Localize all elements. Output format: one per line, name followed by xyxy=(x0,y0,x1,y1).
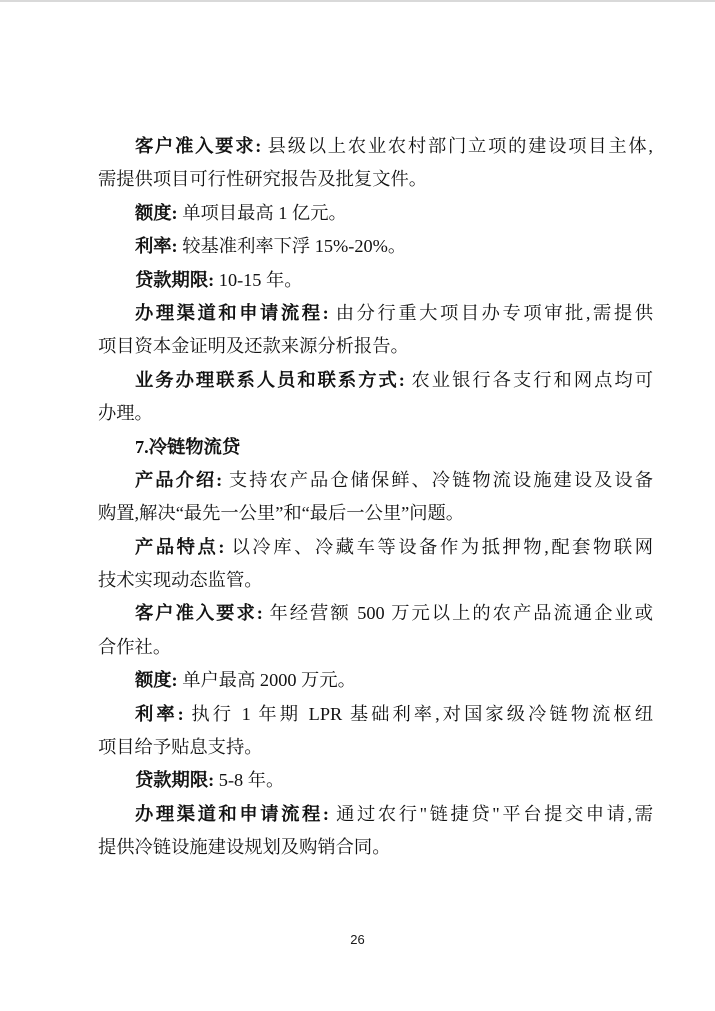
text-line: 提供冷链设施建设规划及购销合同。 xyxy=(98,831,653,864)
text-line: 办理渠道和申请流程: 由分行重大项目办专项审批,需提供 xyxy=(98,297,653,330)
label-text: 额度: xyxy=(135,203,182,223)
document-body: 客户准入要求: 县级以上农业农村部门立项的建设项目主体,需提供项目可行性研究报告… xyxy=(98,130,653,865)
body-text: 项目给予贴息支持。 xyxy=(98,737,263,757)
label-text: 7.冷链物流贷 xyxy=(135,437,240,457)
body-text: 通过农行"链捷贷"平台提交申请,需 xyxy=(336,804,653,824)
body-text: 需提供项目可行性研究报告及批复文件。 xyxy=(98,169,427,189)
text-line: 贷款期限: 5-8 年。 xyxy=(98,764,653,797)
body-text: 购置,解决“最先一公里”和“最后一公里”问题。 xyxy=(98,503,464,523)
label-text: 利率: xyxy=(135,704,191,724)
body-text: 年经营额 500 万元以上的农产品流通企业或 xyxy=(269,603,653,623)
body-text: 5-8 年。 xyxy=(219,770,285,790)
text-line: 客户准入要求: 年经营额 500 万元以上的农产品流通企业或 xyxy=(98,597,653,630)
label-text: 产品特点: xyxy=(135,537,232,557)
label-text: 利率: xyxy=(135,236,182,256)
text-line: 技术实现动态监管。 xyxy=(98,564,653,597)
page-top-edge xyxy=(0,0,715,2)
text-line: 额度: 单户最高 2000 万元。 xyxy=(98,664,653,697)
section-heading: 7.冷链物流贷 xyxy=(98,431,653,464)
text-line: 合作社。 xyxy=(98,631,653,664)
body-text: 项目资本金证明及还款来源分析报告。 xyxy=(98,336,409,356)
body-text: 办理。 xyxy=(98,403,153,423)
text-line: 项目资本金证明及还款来源分析报告。 xyxy=(98,330,653,363)
body-text: 支持农产品仓储保鲜、冷链物流设施建设及设备 xyxy=(229,470,653,490)
label-text: 客户准入要求: xyxy=(135,136,268,156)
body-text: 单户最高 2000 万元。 xyxy=(182,670,356,690)
body-text: 10-15 年。 xyxy=(219,270,303,290)
text-line: 客户准入要求: 县级以上农业农村部门立项的建设项目主体, xyxy=(98,130,653,163)
text-line: 需提供项目可行性研究报告及批复文件。 xyxy=(98,163,653,196)
body-text: 以冷库、冷藏车等设备作为抵押物,配套物联网 xyxy=(232,537,653,557)
label-text: 业务办理联系人员和联系方式: xyxy=(135,370,411,390)
body-text: 执行 1 年期 LPR 基础利率,对国家级冷链物流枢纽 xyxy=(191,704,653,724)
label-text: 产品介绍: xyxy=(135,470,229,490)
text-line: 利率: 较基准利率下浮 15%-20%。 xyxy=(98,230,653,263)
label-text: 办理渠道和申请流程: xyxy=(135,303,336,323)
body-text: 县级以上农业农村部门立项的建设项目主体, xyxy=(268,136,653,156)
body-text: 农业银行各支行和网点均可 xyxy=(411,370,653,390)
text-line: 购置,解决“最先一公里”和“最后一公里”问题。 xyxy=(98,497,653,530)
text-line: 产品介绍: 支持农产品仓储保鲜、冷链物流设施建设及设备 xyxy=(98,464,653,497)
body-text: 技术实现动态监管。 xyxy=(98,570,263,590)
text-line: 利率: 执行 1 年期 LPR 基础利率,对国家级冷链物流枢纽 xyxy=(98,698,653,731)
label-text: 额度: xyxy=(135,670,182,690)
label-text: 贷款期限: xyxy=(135,270,219,290)
document-page: 客户准入要求: 县级以上农业农村部门立项的建设项目主体,需提供项目可行性研究报告… xyxy=(0,0,715,1011)
text-line: 项目给予贴息支持。 xyxy=(98,731,653,764)
text-line: 业务办理联系人员和联系方式: 农业银行各支行和网点均可 xyxy=(98,364,653,397)
text-line: 办理渠道和申请流程: 通过农行"链捷贷"平台提交申请,需 xyxy=(98,798,653,831)
label-text: 客户准入要求: xyxy=(135,603,269,623)
text-line: 产品特点: 以冷库、冷藏车等设备作为抵押物,配套物联网 xyxy=(98,531,653,564)
text-line: 办理。 xyxy=(98,397,653,430)
page-number: 26 xyxy=(0,931,715,949)
body-text: 提供冷链设施建设规划及购销合同。 xyxy=(98,837,391,857)
text-line: 额度: 单项目最高 1 亿元。 xyxy=(98,197,653,230)
body-text: 较基准利率下浮 15%-20%。 xyxy=(182,236,406,256)
body-text: 由分行重大项目办专项审批,需提供 xyxy=(336,303,653,323)
body-text: 单项目最高 1 亿元。 xyxy=(182,203,347,223)
label-text: 贷款期限: xyxy=(135,770,219,790)
text-line: 贷款期限: 10-15 年。 xyxy=(98,264,653,297)
label-text: 办理渠道和申请流程: xyxy=(135,804,336,824)
body-text: 合作社。 xyxy=(98,637,171,657)
